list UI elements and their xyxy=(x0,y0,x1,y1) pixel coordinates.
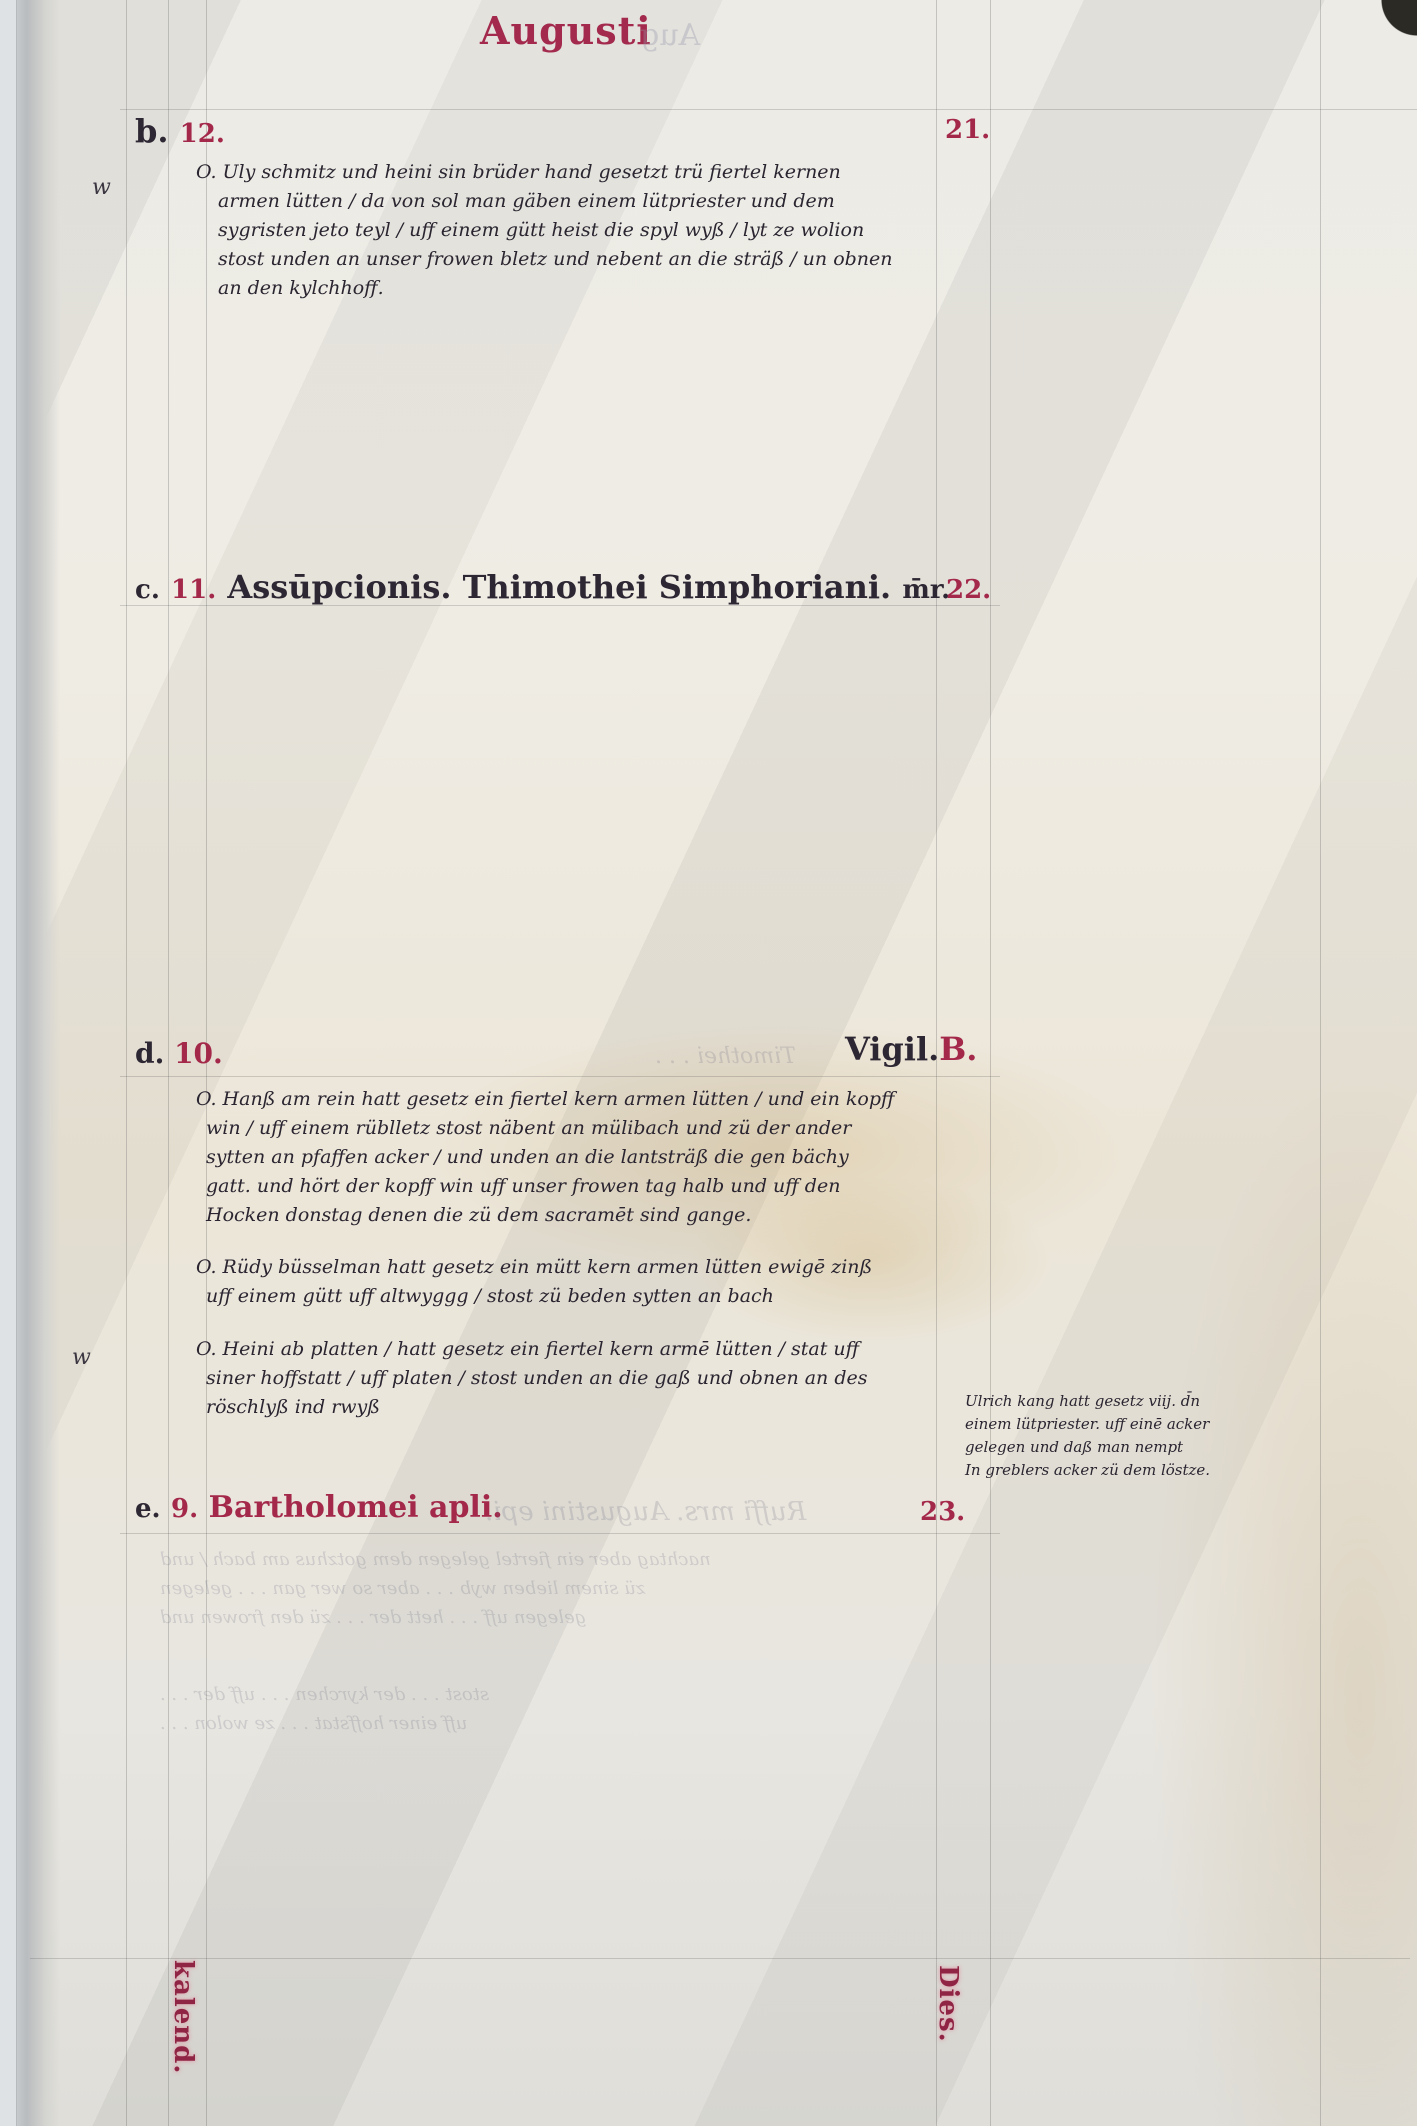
margin-mark: w xyxy=(72,1345,91,1370)
entry-line: uff einem gütt uff altwyggg / stost zü b… xyxy=(196,1282,872,1311)
note-line: Ulrich kang hatt gesetz viij. d̄n xyxy=(965,1390,1210,1413)
bleed-through-text: zü sinem lieben wyb . . . aber so wer ga… xyxy=(160,1574,645,1603)
bleed-through-text: uff einer hoffstat . . . ze wolon . . . xyxy=(160,1709,467,1738)
obit-entry: O. Hanß am rein hatt gesetz ein fiertel … xyxy=(196,1085,894,1230)
obit-entry: O. Heini ab platten / hatt gesetz ein fi… xyxy=(196,1335,867,1422)
day-number: 10. xyxy=(174,1037,223,1070)
feast-name: Simphoriani. xyxy=(659,568,891,606)
entry-header: d. 10. xyxy=(135,1037,223,1070)
marginal-note: Ulrich kang hatt gesetz viij. d̄n einem … xyxy=(965,1390,1210,1482)
kalend-label: kalend. xyxy=(168,1960,198,2074)
entry-line: sygristen jeto teyl / uff einem gütt hei… xyxy=(196,216,893,245)
entry-line: O. Uly schmitz und heini sin brüder hand… xyxy=(196,158,893,187)
day-number: 12. xyxy=(180,119,225,149)
entry-line: O. Heini ab platten / hatt gesetz ein fi… xyxy=(196,1335,867,1364)
manuscript-page: Augusti Aug b. 12. 21. w O. Uly schmitz … xyxy=(0,0,1417,2126)
dominical-letter: c. xyxy=(135,575,160,605)
entry-line: O. Rüdy büsselman hatt gesetz ein mütt k… xyxy=(196,1253,872,1282)
entry-line: armen lütten / da von sol man gäben eine… xyxy=(196,187,893,216)
note-line: In greblers acker zü dem löstze. xyxy=(965,1459,1210,1482)
feast-name: Assūpcionis. xyxy=(227,568,451,606)
dies-label: Dies. xyxy=(933,1965,963,2043)
calendar-number: 23. xyxy=(920,1497,965,1527)
obit-entry: O. Rüdy büsselman hatt gesetz ein mütt k… xyxy=(196,1253,872,1311)
entry-line: Hocken donstag denen die zü dem sacramēt… xyxy=(196,1201,894,1230)
ruling-line xyxy=(120,1533,1000,1534)
month-heading: Augusti xyxy=(480,8,652,53)
vigil-text: Vigil. xyxy=(845,1030,939,1068)
vigil-initial: B. xyxy=(939,1030,977,1068)
entry-line: siner hoffstatt / uff platen / stost und… xyxy=(196,1364,867,1393)
ruling-line xyxy=(120,109,1417,110)
background-corner xyxy=(1357,0,1417,40)
day-number: 11. xyxy=(171,575,216,605)
entry-line: an den kylchhoff. xyxy=(196,274,893,303)
entry-line: win / uff einem rüblletz stost näbent an… xyxy=(196,1114,894,1143)
entry-line: gatt. und hört der kopff win uff unser f… xyxy=(196,1172,894,1201)
ruling-line xyxy=(1320,0,1321,2126)
bleed-through-heading: Aug xyxy=(640,18,700,53)
feast-name: Thimothei xyxy=(463,568,648,606)
feast-suffix: m̄r. xyxy=(902,575,950,605)
bleed-through-text: gelegen uff . . . hett der . . . zü den … xyxy=(160,1603,586,1632)
feast-header: c. 11. Assūpcionis. Thimothei Simphorian… xyxy=(135,568,950,606)
page-edge xyxy=(0,0,17,2126)
bleed-through-text: stost . . . der kyrchen . . . uff der . … xyxy=(160,1680,489,1709)
entry-line: O. Hanß am rein hatt gesetz ein fiertel … xyxy=(196,1085,894,1114)
feast-header: e. 9. Bartholomei apli. xyxy=(135,1490,503,1525)
vigil-label: Vigil.B. xyxy=(845,1030,977,1068)
feast-name: Bartholomei apli. xyxy=(209,1490,503,1525)
margin-mark: w xyxy=(92,175,111,200)
day-number: 9. xyxy=(171,1494,198,1524)
bleed-through-text: Ruffi mrs. Augustini epi. xyxy=(485,1498,806,1527)
obit-entry: O. Uly schmitz und heini sin brüder hand… xyxy=(196,158,893,303)
bleed-through-text: nachtag aber ein fiertel gelegen dem got… xyxy=(160,1545,711,1574)
note-line: gelegen und daß man nempt xyxy=(965,1436,1210,1459)
ruling-line xyxy=(30,1958,1410,1959)
note-line: einem lütpriester. uff einē acker xyxy=(965,1413,1210,1436)
ruling-line xyxy=(120,1076,1000,1077)
entry-line: röschlyß ind rwyß xyxy=(196,1393,867,1422)
dominical-letter: d. xyxy=(135,1037,164,1070)
entry-line: sytten an pfaffen acker / und unden an d… xyxy=(196,1143,894,1172)
entry-line: stost unden an unser frowen bletz und ne… xyxy=(196,245,893,274)
entry-header: b. 12. xyxy=(135,112,225,150)
ruling-line xyxy=(126,0,127,2126)
dominical-letter: e. xyxy=(135,1494,161,1524)
dominical-letter: b. xyxy=(135,112,169,150)
ruling-line xyxy=(990,0,991,2126)
calendar-number: 22. xyxy=(946,575,991,605)
bleed-through-text: Timothei . . . xyxy=(655,1042,796,1071)
calendar-number: 21. xyxy=(945,115,990,145)
